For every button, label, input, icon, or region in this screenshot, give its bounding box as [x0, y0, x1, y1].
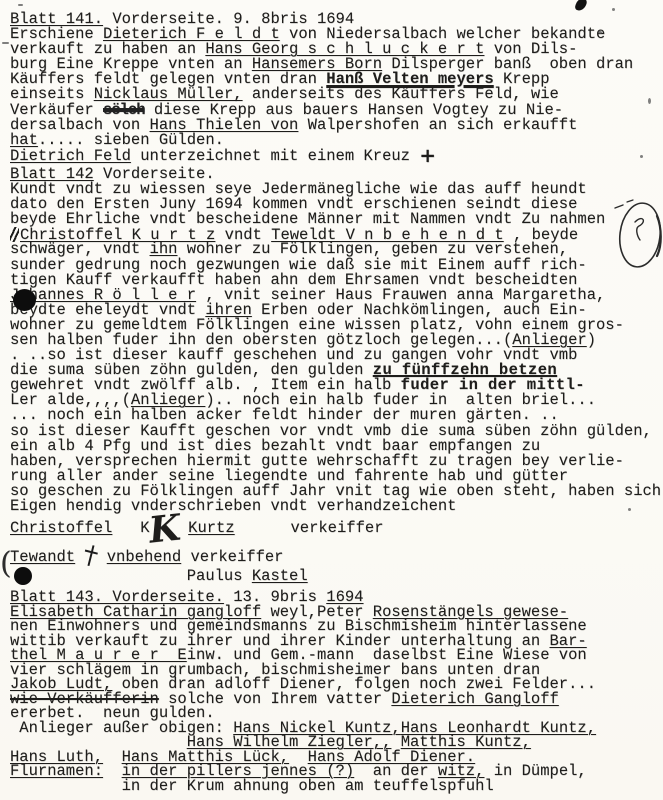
text-segment: verkeiffer [181, 548, 283, 566]
handwritten-k-signature: K [149, 527, 180, 530]
text-line: hat..... sieben Gülden. [10, 133, 663, 148]
text-line: in der Krum ahnung oben am teuffelspfuhl [10, 779, 663, 794]
text-segment: Kurtz [188, 519, 235, 537]
text-segment: ) [587, 331, 596, 349]
ink-blob [13, 289, 36, 311]
text-line: Paulus Kastel [10, 569, 663, 584]
ink-blob [14, 567, 32, 585]
scan-speck [2, 42, 9, 44]
text-segment: K [112, 519, 149, 537]
text-segment: unterzeichnet mit einem Kreuz [131, 147, 419, 165]
scanned-document-page: Blatt 141. Vorderseite. 9. 8bris 1694Ers… [0, 0, 663, 800]
text-segment: Christoffel [10, 519, 112, 537]
text-segment: Tewandt [10, 548, 75, 566]
scan-speck [640, 155, 643, 158]
text-segment: in der Krum ahnung oben am teuffelspfuhl [10, 777, 494, 795]
document-lines: Blatt 141. Vorderseite. 9. 8bris 1694Ers… [10, 12, 663, 793]
text-segment: Dietrich Feld [10, 147, 131, 165]
text-line: beyde Ehrliche vndt bescheidene Männer m… [10, 212, 663, 227]
text-segment: Walpershofen an sich erkaufft [298, 116, 577, 134]
scan-speck [628, 508, 631, 511]
margin-oval-mark [613, 196, 663, 274]
scan-speck [598, 31, 602, 34]
text-line: Christoffel KK Kurtz verkeiffer [10, 517, 663, 539]
text-segment: Kastel [252, 567, 308, 585]
text-segment: Dieterich Gangloff [391, 690, 558, 708]
text-segment: verkeiffer [235, 519, 384, 537]
margin-paren-mark: ( [0, 549, 12, 579]
text-line: Eigen hendig vnderschrieben vndt verhand… [10, 499, 663, 514]
scan-speck [612, 8, 615, 11]
text-segment: in Dümpel, [484, 762, 586, 780]
scan-speck [648, 98, 651, 104]
scan-speck [18, 4, 23, 6]
text-segment: vnbehend [107, 548, 181, 566]
text-segment: Eigen hendig vnderschrieben vndt verhand… [10, 497, 456, 515]
text-segment [97, 548, 106, 566]
handwritten-plus-mark: + [419, 143, 436, 167]
text-line: Dietrich Feld unterzeichnet mit einem Kr… [10, 148, 663, 163]
text-line: Tewandt vnbehend verkeiffer [10, 545, 663, 567]
ink-corner-mark [574, 0, 588, 12]
text-segment: Paulus [10, 567, 252, 585]
